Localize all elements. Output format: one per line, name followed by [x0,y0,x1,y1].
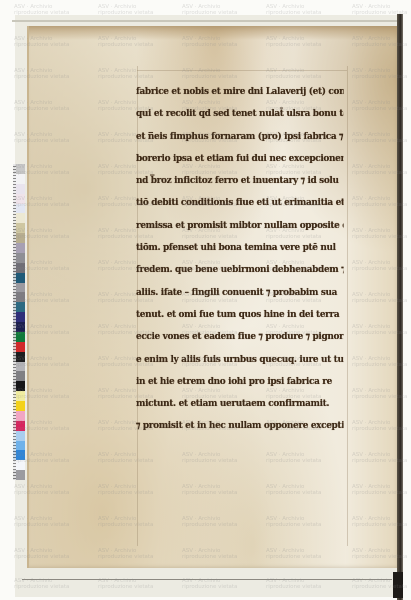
text-line: borerio ipsa et etiam fui dui nec excepc… [136,148,344,170]
top-stain [29,26,401,40]
text-line: remissa et promisit mibtor nullam opposi… [136,215,344,237]
binding-edge-lower [393,572,403,598]
binding-edge [397,14,403,600]
text-line: nd b̅roz inficitoz ferro et inuentary ⁊ … [136,170,344,192]
ruling-line-top [137,70,347,71]
text-line: in et hie etrem dno iohi pro ipsi fabric… [136,371,344,393]
parchment-folio: fabrice et nobis et mire dni Lalaverij (… [27,26,401,568]
text-line: fredem. que bene uebirmoni debhenabdem ⁊ [136,259,344,281]
text-line: aliis. ifate – fingili conuenit ⁊ probab… [136,282,344,304]
text-line: tiō debiti conditionis fiue eti ut erim… [136,192,344,214]
text-line: et n̅eis fimphus fornaram (pro) ipsi fab… [136,126,344,148]
text-line: ⁊ promisit et in hec nullam opponere exc… [136,415,344,437]
text-line: tenut. et omi fue tum quos hine in dei t… [136,304,344,326]
board-bottom-line [22,579,392,580]
text-line: qui et recolit qd sed tenet nulat̄ ulsra… [136,103,344,125]
text-line: eccie vones et eadem fiue ⁊ produre ⁊ pi… [136,326,344,348]
manuscript-viewer: fabrice et nobis et mire dni Lalaverij (… [0,0,411,600]
text-block: fabrice et nobis et mire dni Lalaverij (… [136,81,350,438]
text-line: fabrice et nobis et mire dni Lalaverij (… [136,81,344,103]
text-line: mictunt. et etiam uerutaem confirmamit. [136,393,344,415]
text-line: tiōm. pfenset uhi bona temina vere ptē… [136,237,344,259]
board-top-edge [12,20,400,22]
text-line: e enim ly aliis fuis urnbus quecuq. iure… [136,349,344,371]
calibration-ruler [13,164,16,480]
